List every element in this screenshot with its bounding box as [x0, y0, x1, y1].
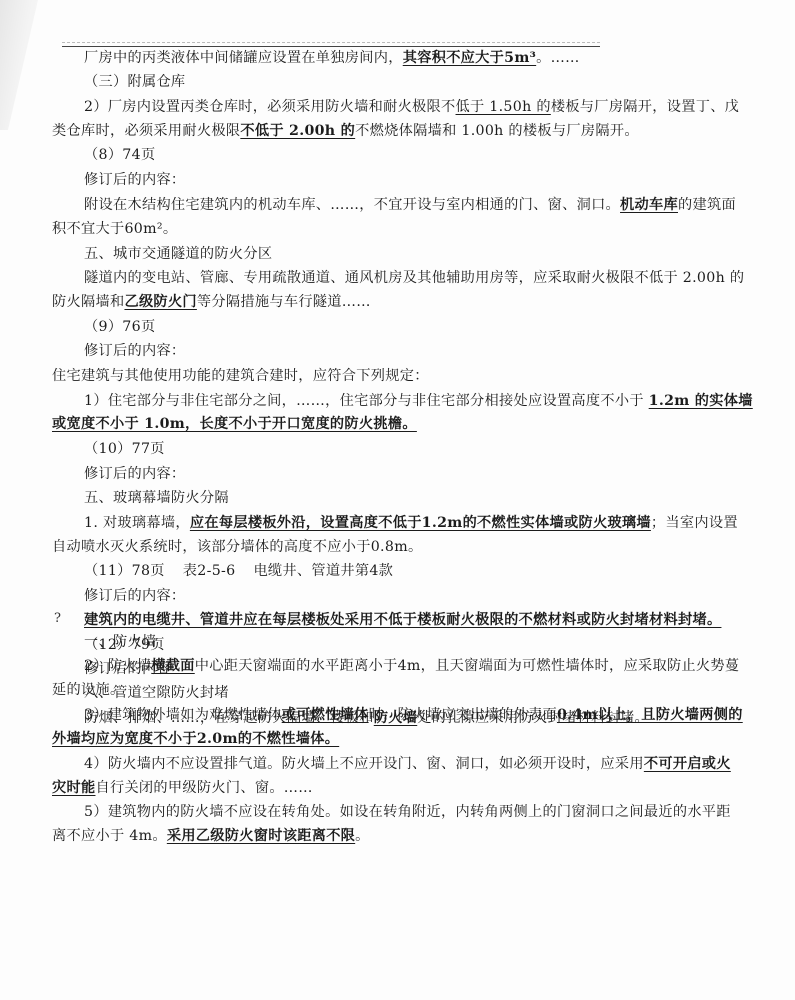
text-segment: 附设在木结构住宅建筑内的机动车库、……，不宜开设与室内相通的门、窗、洞口。 [84, 197, 620, 213]
text-segment: 3）建筑物外墙如为难燃性墙体 [84, 707, 282, 723]
text-line: 类仓库时，必须采用耐火极限不低于 2.00h 的不燃烧体隔墙和 1.00h 的楼… [52, 121, 639, 141]
table-ref: 表2-5-6 [183, 563, 236, 579]
text-segment: 时，防火墙应突出墙的外表面 [369, 707, 557, 723]
text-segment: 2）防火墙 [84, 658, 151, 674]
revised-label: 修订后的内容： [84, 586, 185, 606]
page-ref-heading: （11）78页表2-5-6电缆井、管道井第4款 [84, 561, 393, 581]
underlined-text: 机动车库 [620, 197, 678, 213]
underlined-text: 0.4m以上，且防火墙两侧的 [557, 707, 743, 723]
text-segment: （11） [84, 563, 132, 579]
text-line: 附设在木结构住宅建筑内的机动车库、……，不宜开设与室内相通的门、窗、洞口。机动车… [84, 195, 736, 215]
underlined-text: 应在每层楼板外沿，设置高度不低于1.2m的不燃性实体墙或防火玻璃墙 [190, 515, 651, 531]
page-ref-heading: （10）77页 [84, 439, 165, 459]
text-line: 灾时能自行关闭的甲级防火门、窗。…… [52, 778, 313, 798]
text-segment: 。…… [536, 50, 579, 66]
text-line: 延的设施。 [52, 680, 124, 700]
header-rule [62, 46, 600, 47]
text-line: 建筑内的电缆井、管道井应在每层楼板处采用不低于楼板耐火极限的不燃材料或防火封堵材… [84, 610, 721, 630]
underlined-text: 灾时能 [52, 780, 95, 796]
underlined-text: 采用乙级防火窗时该距离不限 [167, 828, 355, 844]
text-line: 自动喷水灭火系统时，该部分墙体的高度不应小于0.8m。 [52, 537, 422, 557]
text-segment: 78页 [132, 563, 165, 579]
section-heading: （三）附属仓库 [84, 72, 185, 92]
page-ref-heading: （9）76页 [84, 317, 155, 337]
text-segment: 自行关闭的甲级防火门、窗。…… [95, 780, 312, 796]
text-line: 或宽度不小于 1.0m，长度不小于开口宽度的防火挑檐。 [52, 414, 417, 434]
text-line: 2）防火墙横截面中心距天窗端面的水平距离小于4m，且天窗端面为可燃性墙体时，应采… [84, 656, 739, 676]
text-segment: 等分隔措施与车行隧道…… [197, 294, 371, 310]
text-segment: 的建筑面 [678, 197, 736, 213]
text-segment: 类仓库时，必须采用耐火极限 [52, 123, 240, 139]
text-segment: 。 [355, 828, 370, 844]
text-segment: ；当室内设置 [651, 515, 738, 531]
text-segment: 2）厂房内设置丙类仓库时，必须采用防火墙和耐火极限不 [84, 99, 456, 115]
underlined-text: 低于 1.50h 的 [456, 99, 551, 115]
scan-shadow-edge [0, 0, 60, 130]
text-segment: 楼板与厂房隔开，设置丁、戊 [551, 99, 739, 115]
text-line: 1. 对玻璃幕墙，应在每层楼板外沿，设置高度不低于1.2m的不燃性实体墙或防火玻… [84, 513, 738, 533]
text-line: 4）防火墙内不应设置排气道。防火墙上不应开设门、窗、洞口，如必须开设时，应采用不… [84, 754, 731, 774]
text-segment: 1）住宅部分与非住宅部分之间，……，住宅部分与非住宅部分相接处应设置高度不小于 [84, 393, 649, 409]
text-line: 住宅建筑与其他使用功能的建筑合建时，应符合下列规定： [52, 366, 429, 386]
text-segment: 离不应小于 4m。 [52, 828, 167, 844]
underlined-text: 外墙均应为宽度不小于2.0m的不燃性墙体。 [52, 731, 339, 747]
margin-handwritten-mark: ? [54, 611, 61, 626]
underlined-text: 其容积不应大于5m³ [403, 50, 536, 66]
text-line: 外墙均应为宽度不小于2.0m的不燃性墙体。 [52, 729, 339, 749]
section-heading: 五、城市交通隧道的防火分区 [84, 244, 272, 264]
section-heading: 五、玻璃幕墙防火分隔 [84, 488, 229, 508]
text-line: 1）住宅部分与非住宅部分之间，……，住宅部分与非住宅部分相接处应设置高度不小于 … [84, 391, 753, 411]
text-segment: 防火隔墙和 [52, 294, 124, 310]
text-segment: 不燃烧体隔墙和 1.00h 的楼板与厂房隔开。 [355, 123, 639, 139]
underlined-text: 建筑内的电缆井、管道井应在每层楼板处采用不低于楼板耐火极限的不燃材料或防火封堵材… [84, 612, 721, 628]
text-line: 防火隔墙和乙级防火门等分隔措施与车行隧道…… [52, 292, 371, 312]
page-ref-heading: （8）74页 [84, 145, 155, 165]
underlined-text: 或宽度不小于 1.0m，长度不小于开口宽度的防火挑檐。 [52, 416, 417, 432]
text-segment: 中心距天窗端面的水平距离小于4m，且天窗端面为可燃性墙体时，应采取防止火势蔓 [195, 658, 740, 674]
revised-label: 修订后的内容： [84, 464, 185, 484]
header-faint-rule [62, 42, 600, 43]
underlined-text: 1.2m 的实体墙 [649, 393, 753, 409]
text-segment: 厂房中的丙类液体中间储罐应设置在单独房间内， [84, 50, 403, 66]
text-line: 5）建筑物内的防火墙不应设在转角处。如设在转角附近，内转角两侧上的门窗洞口之间最… [84, 802, 731, 822]
text-line: 2）厂房内设置丙类仓库时，必须采用防火墙和耐火极限不低于 1.50h 的楼板与厂… [84, 97, 739, 117]
underlined-text: 或可燃性墙体 [282, 707, 369, 723]
underlined-text: 横截面 [151, 658, 194, 674]
underlined-text: 不可开启或火 [644, 756, 731, 772]
revised-label: 修订后的内容： [84, 170, 185, 190]
text-line: 积不宜大于60m²。 [52, 219, 177, 239]
text-line: 3）建筑物外墙如为难燃性墙体或可燃性墙体时，防火墙应突出墙的外表面0.4m以上，… [84, 705, 743, 725]
text-line: 厂房中的丙类液体中间储罐应设置在单独房间内，其容积不应大于5m³。…… [84, 48, 580, 68]
text-segment: 4）防火墙内不应设置排气道。防火墙上不应开设门、窗、洞口，如必须开设时，应采用 [84, 756, 644, 772]
underlined-text: 不低于 2.00h 的 [240, 123, 355, 139]
revised-label: 修订后的内容： [84, 341, 185, 361]
underlined-text: 乙级防火门 [124, 294, 196, 310]
text-line: 离不应小于 4m。采用乙级防火窗时该距离不限。 [52, 826, 370, 846]
text-line: 隧道内的变电站、管廊、专用疏散通道、通风机房及其他辅助用房等，应采取耐火极限不低… [84, 268, 744, 288]
text-segment: 电缆井、管道井第4款 [253, 563, 393, 579]
section-heading: 一、防火墙 [84, 632, 156, 652]
text-segment: 1. 对玻璃幕墙， [84, 515, 190, 531]
